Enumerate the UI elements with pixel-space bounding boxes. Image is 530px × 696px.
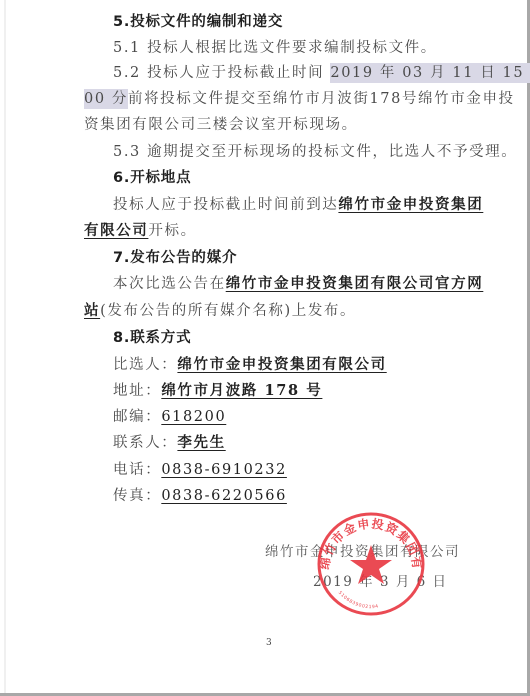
deadline-highlight-cont: 00 分 — [84, 89, 128, 109]
section-5-2-prefix: 5.2 投标人应于投标截止时间 — [113, 65, 330, 81]
section-7-website-cont: 站 — [84, 302, 100, 319]
contact-fax: 传真：0838-6220566 — [113, 487, 287, 505]
section-7-heading: 7.发布公告的媒介 — [113, 249, 237, 267]
section-7-prefix: 本次比选公告在 — [113, 276, 226, 292]
section-7-suffix: (发布公告的所有媒介名称)上发布。 — [100, 303, 356, 319]
section-7-body-line2: 站(发布公告的所有媒介名称)上发布。 — [84, 302, 356, 320]
contact-phone: 电话：0838-6910232 — [113, 461, 287, 479]
section-6-company-cont: 有限公司 — [84, 222, 148, 239]
contact-label: 联系人： — [113, 435, 177, 451]
section-5-2-line1: 5.2 投标人应于投标截止时间 2019 年 03 月 11 日 15 时 — [113, 64, 530, 82]
section-5-heading: 5.投标文件的编制和递交 — [113, 13, 283, 31]
section-5-2-line2: 00 分前将投标文件提交至绵竹市月波街178号绵竹市金申投 — [84, 90, 515, 108]
section-6-prefix: 投标人应于投标截止时间前到达 — [113, 197, 338, 213]
page-edge — [4, 0, 6, 693]
section-5-3-text: 5.3 逾期提交至开标现场的投标文件，比选人不予受理。 — [113, 143, 517, 161]
section-5-2-rest: 前将投标文件提交至绵竹市月波街178号绵竹市金申投 — [128, 91, 515, 107]
contact-label: 地址： — [113, 383, 161, 399]
contact-value: 0838-6910232 — [161, 462, 287, 478]
contact-label: 比选人： — [113, 357, 177, 373]
contact-address: 地址：绵竹市月波路 178 号 — [113, 382, 322, 400]
section-6-heading: 6.开标地点 — [113, 169, 191, 187]
contact-label: 邮编： — [113, 409, 161, 425]
section-6-company: 绵竹市金申投资集团 — [338, 196, 483, 213]
section-8-heading: 8.联系方式 — [113, 329, 191, 347]
company-seal-icon: 绵竹市金申投资集团有限公司 5106839002194 — [312, 508, 430, 616]
section-7-body-line1: 本次比选公告在绵竹市金申投资集团有限公司官方网 — [113, 275, 483, 293]
contact-person: 联系人：李先生 — [113, 434, 226, 452]
section-6-suffix: 开标。 — [148, 223, 196, 239]
contact-value: 0838-6220566 — [161, 488, 287, 504]
section-5-1-text: 5.1 投标人根据比选文件要求编制投标文件。 — [113, 39, 437, 57]
contact-label: 传真： — [113, 488, 161, 504]
contact-postcode: 邮编：618200 — [113, 408, 226, 426]
contact-bidder: 比选人：绵竹市金申投资集团有限公司 — [113, 356, 387, 374]
contact-value: 李先生 — [177, 434, 225, 451]
page-number: 3 — [266, 638, 272, 648]
contact-value: 绵竹市月波路 178 号 — [161, 382, 322, 399]
section-7-website: 绵竹市金申投资集团有限公司官方网 — [226, 275, 484, 292]
section-6-body-line2: 有限公司开标。 — [84, 222, 197, 240]
section-5-2-line3: 资集团有限公司三楼会议室开标现场。 — [84, 116, 358, 134]
section-6-body-line1: 投标人应于投标截止时间前到达绵竹市金申投资集团 — [113, 196, 483, 214]
contact-value: 618200 — [161, 409, 226, 425]
contact-value: 绵竹市金申投资集团有限公司 — [177, 356, 386, 373]
deadline-highlight: 2019 年 03 月 11 日 15 时 — [330, 63, 530, 83]
document-page: 5.投标文件的编制和递交 5.1 投标人根据比选文件要求编制投标文件。 5.2 … — [0, 0, 530, 696]
contact-label: 电话： — [113, 462, 161, 478]
